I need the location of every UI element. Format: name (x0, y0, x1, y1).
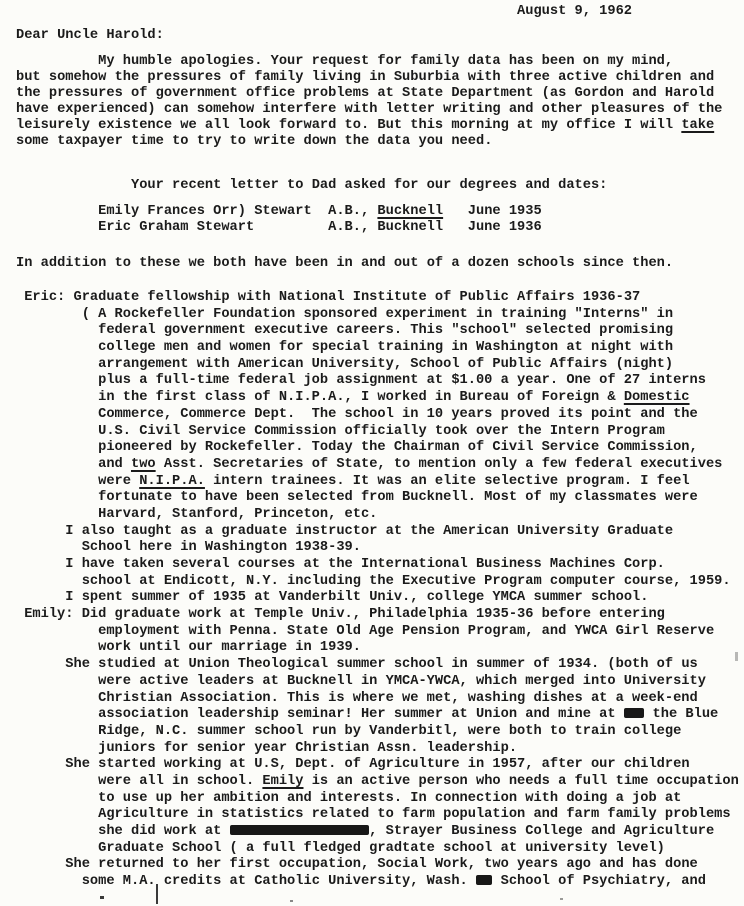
text-run: August 9, 1962 (517, 4, 632, 19)
letter-line: My humble apologies. Your request for fa… (16, 54, 744, 70)
text-run: I spent summer of 1935 at Vanderbilt Uni… (65, 590, 648, 605)
letter-line: juniors for senior year Christian Assn. … (16, 741, 744, 758)
stray-mark (156, 884, 158, 904)
underlined-text: Bucknell (377, 204, 443, 219)
text-run: Graduate School ( a full fledged gradtat… (98, 841, 665, 856)
date-line: August 9, 1962 (16, 4, 744, 20)
text-run: have experienced) can somehow interfere … (16, 102, 722, 117)
stray-mark (560, 898, 563, 900)
letter-detail-block: Eric: Graduate fellowship with National … (16, 290, 744, 891)
letter-line: Christian Association. This is where we … (16, 691, 744, 708)
text-run: some taxpayer time to try to write down … (16, 134, 492, 149)
text-run: work until our marriage in 1939. (98, 640, 361, 655)
letter-line: Harvard, Stanford, Princeton, etc. (16, 507, 744, 524)
text-run: some M.A. credits at Catholic University… (82, 874, 476, 889)
text-run: but somehow the pressures of family livi… (16, 70, 714, 85)
text-run: Harvard, Stanford, Princeton, etc. (98, 507, 377, 522)
letter-line: In addition to these we both have been i… (16, 256, 744, 272)
letter-line: work until our marriage in 1939. (16, 640, 744, 657)
letter-line: but somehow the pressures of family livi… (16, 70, 744, 86)
text-run: I have taken several courses at the Inte… (65, 557, 665, 572)
letter-line: college men and women for special traini… (16, 340, 744, 357)
letter-line: I spent summer of 1935 at Vanderbilt Uni… (16, 590, 744, 607)
text-run: intern trainees. It was an elite selecti… (205, 474, 690, 489)
letter-line: fortunate to have been selected from Buc… (16, 490, 744, 507)
text-run: She started working at U.S, Dept. of Agr… (65, 757, 689, 772)
letter-line: were N.I.P.A. intern trainees. It was an… (16, 474, 744, 491)
letter-line: employment with Penna. State Old Age Pen… (16, 624, 744, 641)
letter-line: some taxpayer time to try to write down … (16, 134, 744, 150)
stray-mark (290, 900, 293, 902)
letter-line: were all in school. Emily is an active p… (16, 774, 744, 791)
letter-line: have experienced) can somehow interfere … (16, 102, 744, 118)
text-run: Eric Graham Stewart A.B., Bucknell June … (98, 220, 542, 235)
letter-line: Graduate School ( a full fledged gradtat… (16, 841, 744, 858)
letter-line: Agriculture in statistics related to far… (16, 807, 744, 824)
text-run: the Blue (644, 707, 718, 722)
text-run: to use up her ambition and interests. In… (98, 791, 681, 806)
letter-line: association leadership seminar! Her summ… (16, 707, 744, 724)
text-run: the pressures of government office probl… (16, 86, 714, 101)
letter-line: I have taken several courses at the Inte… (16, 557, 744, 574)
text-run: association leadership seminar! Her summ… (98, 707, 624, 722)
text-run: she did work at (98, 824, 229, 839)
stray-mark (735, 652, 738, 661)
text-run: June 1935 (443, 204, 542, 219)
text-run: in the first class of N.I.P.A., I worked… (98, 390, 624, 405)
letter-line: She studied at Union Theological summer … (16, 657, 744, 674)
eric-section-start: Eric: Graduate fellowship with National … (16, 290, 744, 307)
salutation-line: Dear Uncle Harold: (16, 28, 744, 44)
text-run: In addition to these we both have been i… (16, 256, 673, 271)
letter-content: August 9, 1962Dear Uncle Harold:My humbl… (0, 0, 744, 891)
letter-line: arrangement with American University, Sc… (16, 357, 744, 374)
text-run: School of Psychiatry, and (492, 874, 706, 889)
text-run: Asst. Secretaries of State, to mention o… (156, 457, 723, 472)
text-run: federal government executive careers. Th… (98, 323, 673, 338)
underlined-text: Domestic (624, 390, 690, 405)
text-run: pioneered by Rockefeller. Today the Chai… (98, 440, 698, 455)
redaction-mark (230, 825, 370, 835)
text-run: arrangement with American University, Sc… (98, 357, 673, 372)
text-run: were active leaders at Bucknell in YMCA-… (98, 674, 706, 689)
letter-line: She returned to her first occupation, So… (16, 857, 744, 874)
letter-line: Commerce, Commerce Dept. The school in 1… (16, 407, 744, 424)
text-run: were all in school. (98, 774, 262, 789)
text-run: school at Endicott, N.Y. including the E… (82, 574, 731, 589)
emily-section-start: Emily: Did graduate work at Temple Univ.… (16, 607, 744, 624)
letter-line: Ridge, N.C. summer school run by Vanderb… (16, 724, 744, 741)
letter-line: ( A Rockefeller Foundation sponsored exp… (16, 307, 744, 324)
text-run: fortunate to have been selected from Buc… (98, 490, 698, 505)
text-run: Ridge, N.C. summer school run by Vanderb… (98, 724, 681, 739)
letter-line: some M.A. credits at Catholic University… (16, 874, 744, 891)
text-run: I also taught as a graduate instructor a… (65, 524, 673, 539)
letter-line: School here in Washington 1938-39. (16, 540, 744, 557)
text-run: Your recent letter to Dad asked for our … (131, 178, 607, 193)
degree-row-emily: Emily Frances Orr) Stewart A.B., Bucknel… (16, 204, 744, 220)
letter-line: school at Endicott, N.Y. including the E… (16, 574, 744, 591)
letter-line: were active leaders at Bucknell in YMCA-… (16, 674, 744, 691)
underlined-text: two (131, 457, 156, 472)
text-run: plus a full-time federal job assignment … (98, 373, 706, 388)
letter-line: She started working at U.S, Dept. of Agr… (16, 757, 744, 774)
letter-line: plus a full-time federal job assignment … (16, 373, 744, 390)
text-run: and (98, 457, 131, 472)
stray-mark (100, 896, 104, 899)
text-run: Commerce, Commerce Dept. The school in 1… (98, 407, 698, 422)
letter-line: the pressures of government office probl… (16, 86, 744, 102)
text-run: leisurely existence we all look forward … (16, 118, 681, 133)
text-run: Dear Uncle Harold: (16, 28, 164, 43)
underlined-text: take (681, 118, 714, 133)
letter-line: pioneered by Rockefeller. Today the Chai… (16, 440, 744, 457)
text-run: , Strayer Business College and Agricultu… (369, 824, 714, 839)
letter-line: in the first class of N.I.P.A., I worked… (16, 390, 744, 407)
letter-line: leisurely existence we all look forward … (16, 118, 744, 134)
underlined-text: N.I.P.A. (139, 474, 205, 489)
letter-line: and two Asst. Secretaries of State, to m… (16, 457, 744, 474)
redaction-mark (476, 875, 492, 885)
text-run: School here in Washington 1938-39. (82, 540, 361, 555)
text-run: She studied at Union Theological summer … (65, 657, 697, 672)
letter-line: Your recent letter to Dad asked for our … (16, 178, 744, 194)
letter-page: August 9, 1962Dear Uncle Harold:My humbl… (0, 0, 744, 906)
letter-line: I also taught as a graduate instructor a… (16, 524, 744, 541)
text-run: Agriculture in statistics related to far… (98, 807, 730, 822)
text-run: college men and women for special traini… (98, 340, 673, 355)
redaction-mark (624, 708, 645, 718)
underlined-text: Emily (262, 774, 303, 789)
text-run: employment with Penna. State Old Age Pen… (98, 624, 714, 639)
text-run: is an active person who needs a full tim… (303, 774, 738, 789)
text-run: She returned to her first occupation, So… (65, 857, 697, 872)
letter-line: U.S. Civil Service Commission officially… (16, 424, 744, 441)
letter-line: to use up her ambition and interests. In… (16, 791, 744, 808)
letter-intro-block: August 9, 1962Dear Uncle Harold:My humbl… (16, 4, 744, 272)
text-run: Emily Frances Orr) Stewart A.B., (98, 204, 377, 219)
text-run: Christian Association. This is where we … (98, 691, 698, 706)
text-run: juniors for senior year Christian Assn. … (98, 741, 517, 756)
degree-row-eric: Eric Graham Stewart A.B., Bucknell June … (16, 220, 744, 236)
text-run: ( A Rockefeller Foundation sponsored exp… (82, 307, 673, 322)
text-run: U.S. Civil Service Commission officially… (98, 424, 665, 439)
letter-line: she did work at , Strayer Business Colle… (16, 824, 744, 841)
letter-line: federal government executive careers. Th… (16, 323, 744, 340)
text-run: Emily: Did graduate work at Temple Univ.… (24, 607, 665, 622)
text-run: My humble apologies. Your request for fa… (98, 54, 673, 69)
text-run: Eric: Graduate fellowship with National … (24, 290, 640, 305)
text-run: were (98, 474, 139, 489)
